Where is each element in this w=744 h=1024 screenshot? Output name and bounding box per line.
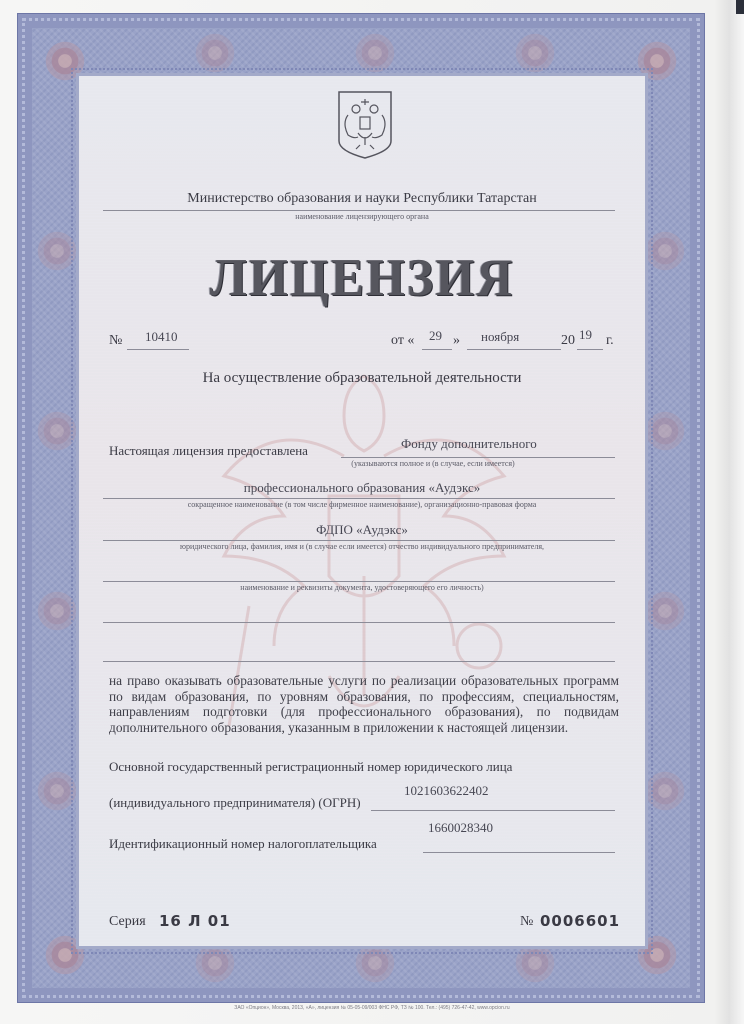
year-suffix: г. — [606, 333, 614, 349]
date-month: ноября — [481, 329, 519, 345]
scan-edge-shadow — [736, 0, 744, 14]
issuer-caption: наименование лицензирующего органа — [79, 212, 645, 221]
month-underline — [467, 349, 561, 350]
frame-ornament-icon — [34, 228, 80, 274]
frame-ornament-icon — [642, 588, 688, 634]
caption-line-3: юридического лица, фамилия, имя и (в слу… — [79, 542, 645, 551]
rights-paragraph: на право оказывать образовательные услуг… — [109, 673, 619, 735]
licensee-underline-1 — [341, 457, 615, 458]
issuer-name: Министерство образования и науки Республ… — [79, 191, 645, 207]
blank-number-label: № — [520, 914, 533, 930]
blank-number-value: 0006601 — [540, 912, 620, 930]
frame-ornament-icon — [34, 408, 80, 454]
ogrn-value: 1021603622402 — [404, 783, 489, 799]
date-day-close: » — [453, 333, 460, 349]
frame-ornament-icon — [642, 408, 688, 454]
licensee-line-3: ФДПО «Аудэкс» — [79, 522, 645, 538]
date-day: 29 — [429, 328, 442, 344]
licensee-line-2: профессионального образования «Аудэкс» — [79, 480, 645, 496]
coat-of-arms-icon — [336, 89, 394, 161]
number-label: № — [109, 333, 122, 349]
frame-ornament-icon — [642, 228, 688, 274]
license-body: Министерство образования и науки Республ… — [76, 73, 648, 949]
frame-ornament-icon — [34, 588, 80, 634]
inn-underline — [423, 852, 615, 853]
year-prefix: 20 — [561, 333, 575, 349]
caption-line-2: сокращенное наименование (в том числе фи… — [79, 500, 645, 509]
frame-ornament-icon — [34, 768, 80, 814]
day-underline — [422, 349, 452, 350]
license-subject: На осуществление образовательной деятель… — [79, 370, 645, 387]
ogrn-label-line-2: (индивидуального предпринимателя) (ОГРН) — [109, 795, 361, 811]
frame-ornament-icon — [512, 30, 558, 76]
blank-underline-1 — [103, 622, 615, 623]
frame-ornament-icon — [352, 30, 398, 76]
date-year: 19 — [579, 327, 592, 343]
printer-note: ЗАО «Опцион», Москва, 2013, «А», лицензи… — [0, 1005, 744, 1011]
frame-ornament-icon — [642, 768, 688, 814]
year-underline — [577, 349, 603, 350]
ogrn-label-line-1: Основной государственный регистрационный… — [109, 759, 512, 775]
ogrn-underline — [371, 810, 615, 811]
caption-line-1: (указываются полное и (в случае, если им… — [341, 459, 525, 468]
licensee-underline-3 — [103, 540, 615, 541]
series-value: 16 Л 01 — [159, 912, 231, 930]
frame-ornament-icon — [192, 30, 238, 76]
blank-underline-2 — [103, 661, 615, 662]
issuer-underline — [103, 210, 615, 211]
caption-line-4: наименование и реквизиты документа, удос… — [79, 583, 645, 592]
licensee-underline-2 — [103, 498, 615, 499]
document-title: ЛИЦЕНЗИЯ — [79, 247, 645, 308]
licensee-underline-4 — [103, 581, 615, 582]
license-number: 10410 — [145, 329, 178, 345]
series-label: Серия — [109, 914, 146, 930]
granted-label: Настоящая лицензия предоставлена — [109, 443, 308, 459]
inn-value: 1660028340 — [428, 820, 493, 836]
date-prefix: от « — [391, 333, 414, 349]
licensee-line-1: Фонду дополнительного — [401, 436, 537, 452]
inn-label: Идентификационный номер налогоплательщик… — [109, 836, 377, 852]
number-underline — [127, 349, 189, 350]
